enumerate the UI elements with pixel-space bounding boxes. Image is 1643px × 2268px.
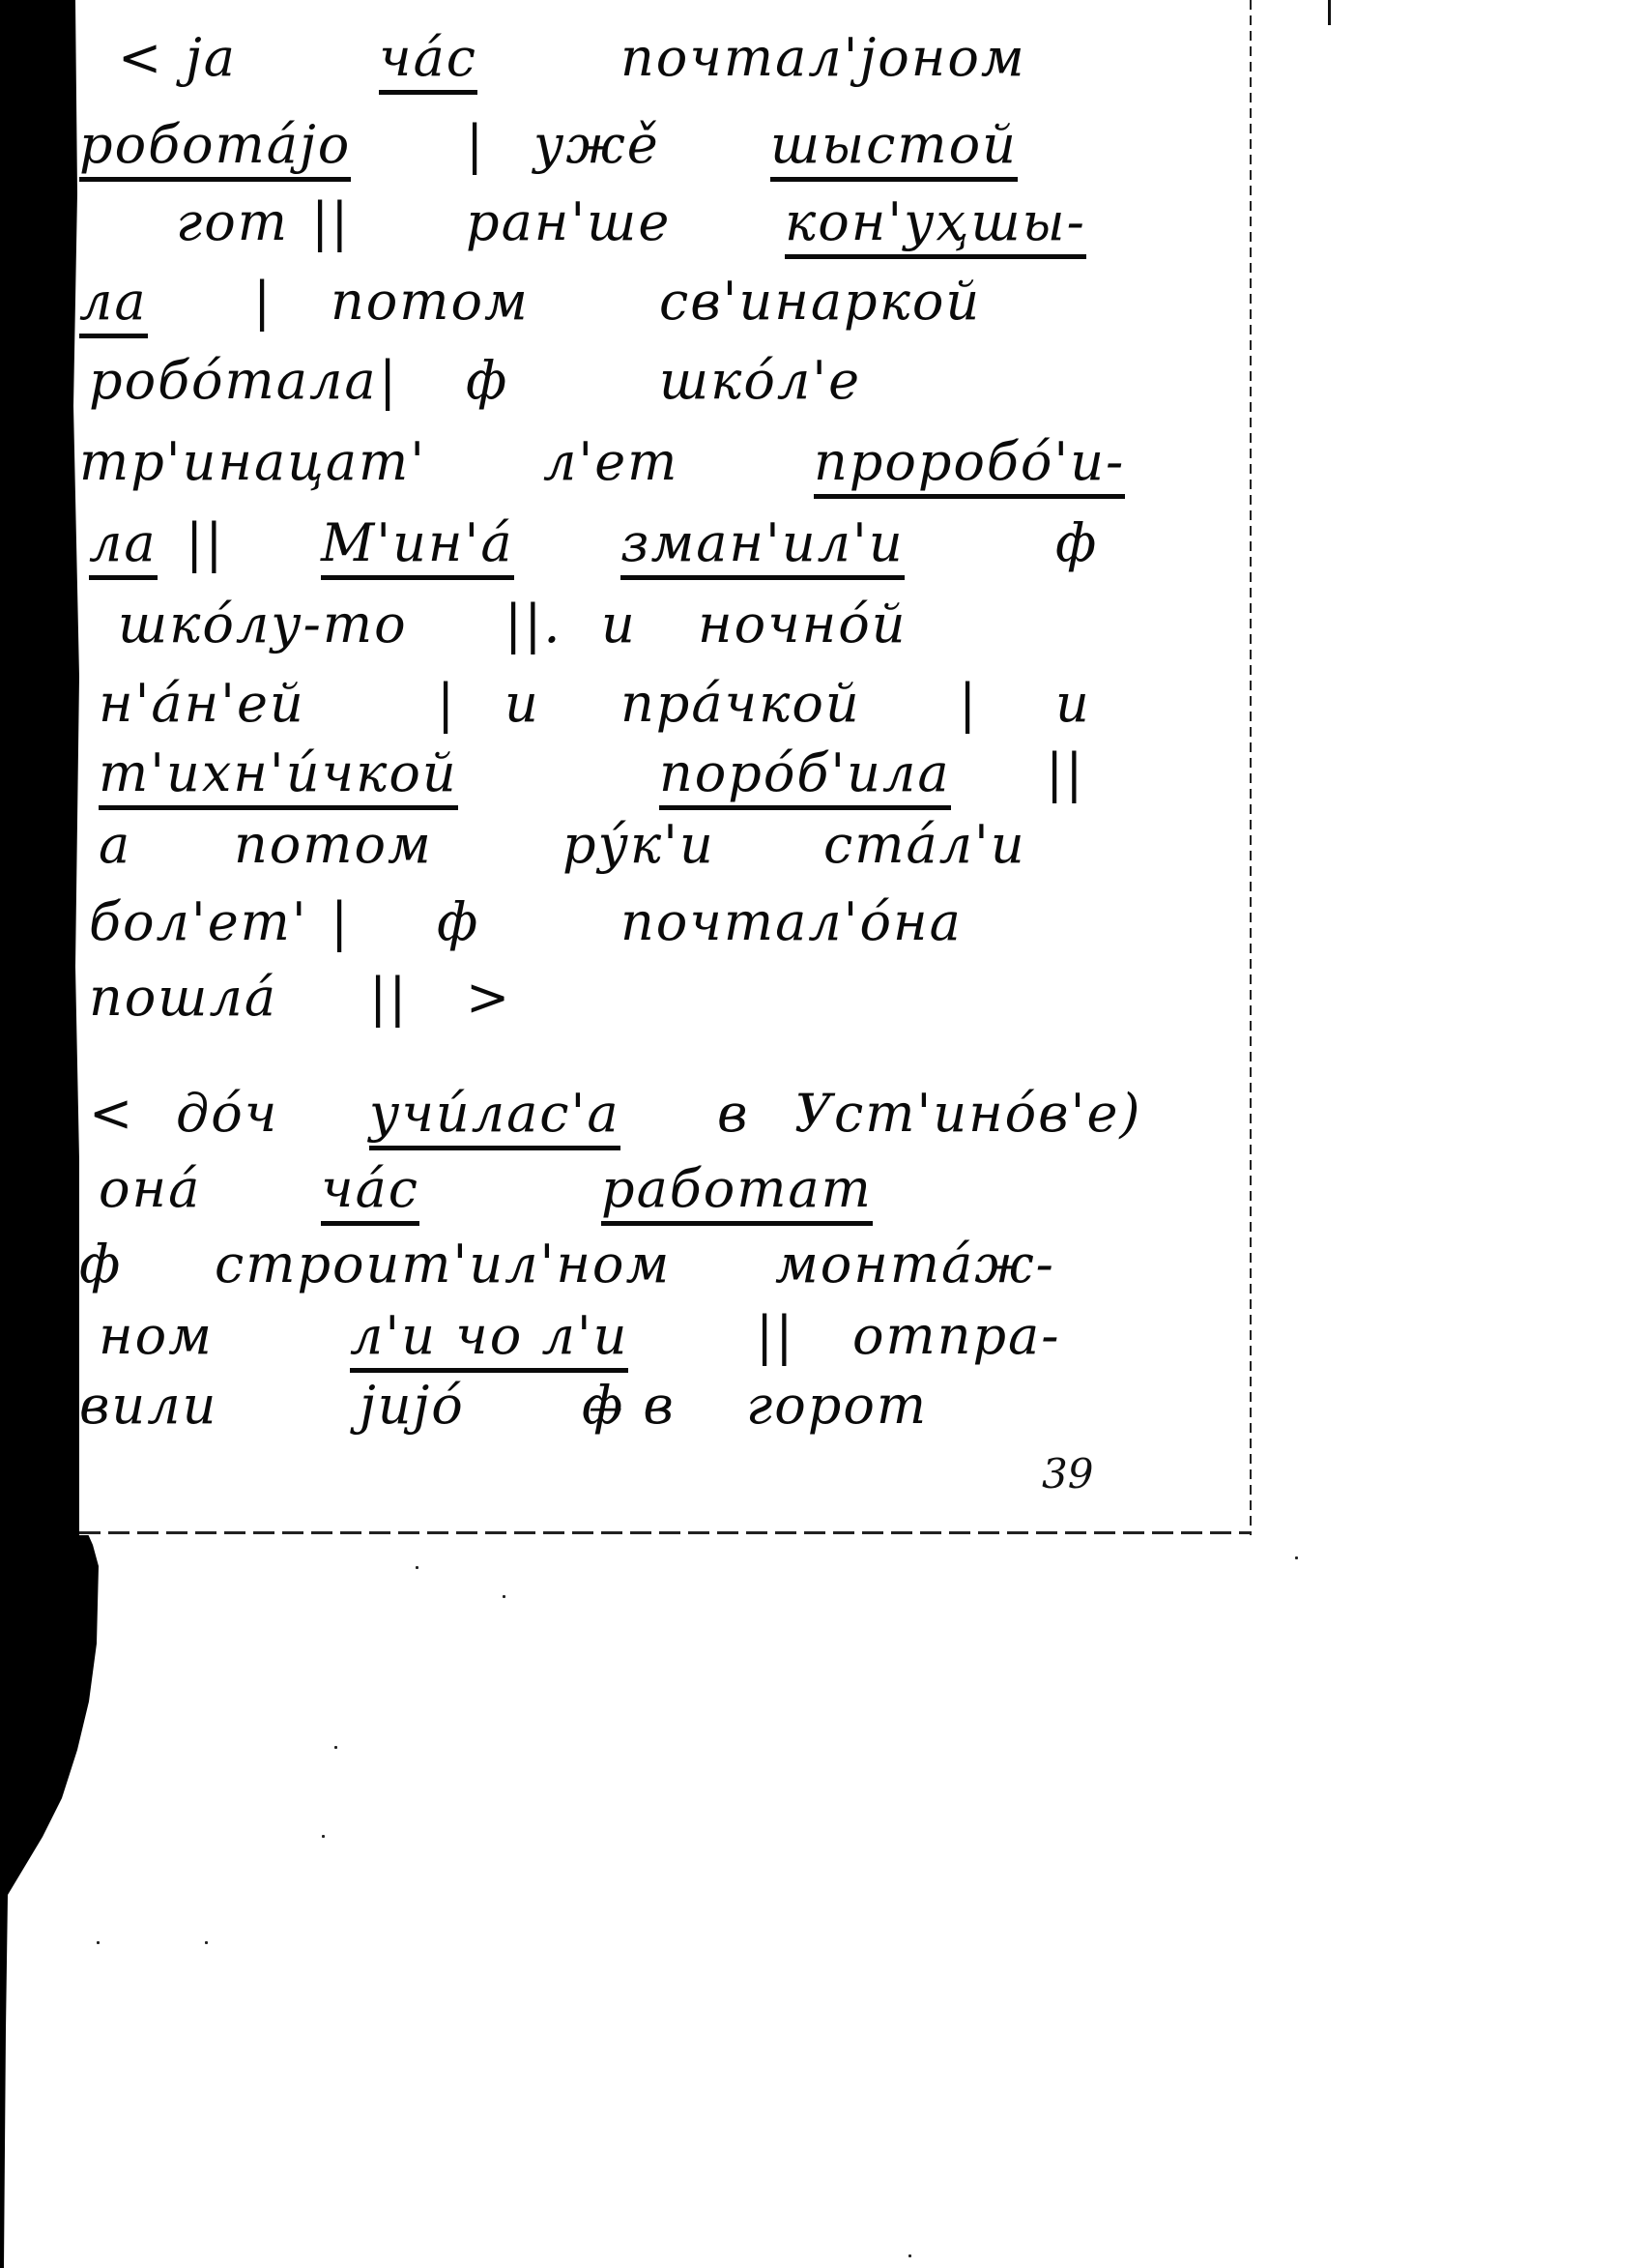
word-underlined: ла — [89, 512, 158, 580]
word: пошла́ — [89, 967, 277, 1028]
word-underlined: л'и чо л'и — [350, 1305, 628, 1373]
word: | — [331, 891, 350, 952]
word: ||. — [504, 594, 562, 654]
word-underlined: шыстой — [770, 114, 1018, 182]
text-line: < ја ча́с почтал'јоном — [79, 27, 1251, 104]
word: ф — [1055, 512, 1098, 573]
text-line: н'а́н'ей | и пра́чкой | и — [79, 673, 1251, 750]
word-underlined: М'ин'а́ — [321, 512, 514, 580]
word: ран'ше — [466, 191, 671, 252]
text-line: тр'инацат' л'ет проробо́'и- — [79, 431, 1251, 509]
document-page: < ја ча́с почтал'јоном робота́јо | уже̌ … — [79, 0, 1251, 1535]
text-line: а потом ру́к'и ста́л'и — [79, 814, 1251, 891]
scan-speck — [205, 1941, 208, 1944]
word: почтал'јоном — [620, 27, 1026, 88]
word: вили — [79, 1375, 217, 1436]
word: и — [601, 594, 637, 654]
text-line: ф строит'ил'ном монта́ж- — [79, 1234, 1251, 1311]
word-underlined: ча́с — [379, 27, 477, 95]
word-underlined: ла — [79, 271, 148, 338]
word: отпра- — [852, 1305, 1061, 1366]
scan-speck — [334, 1746, 337, 1749]
scan-speck — [97, 1941, 100, 1944]
text-line: шко́лу-то ||. и ночно́й — [79, 594, 1251, 671]
word: горот — [746, 1375, 928, 1436]
scan-speck — [503, 1595, 505, 1598]
scan-speck — [416, 1566, 418, 1569]
text-line: ла | потом св'инаркой — [79, 271, 1251, 348]
text-line: робота́јо | уже̌ шыстой — [79, 114, 1251, 191]
page-border-right — [1250, 0, 1252, 1535]
word: потом — [234, 814, 433, 875]
text-line: гот || ран'ше кон'уҳшы- — [79, 191, 1251, 269]
word: и — [504, 673, 540, 734]
word-underlined: проробо́'и- — [814, 431, 1125, 499]
word: | — [466, 114, 485, 175]
word: а — [99, 814, 131, 875]
word: до́ч — [176, 1083, 278, 1144]
word: пра́чкой — [620, 673, 861, 734]
word: ф — [79, 1234, 122, 1294]
word: | — [437, 673, 456, 734]
word: | — [379, 350, 398, 411]
text-line: бол'ет' | ф почтал'о́на — [79, 891, 1251, 969]
word-underlined: робота́јо — [79, 114, 351, 182]
page-edge-mark — [1328, 0, 1331, 25]
word-underlined: кон'уҳшы- — [785, 191, 1086, 259]
word: уже̌ — [533, 114, 660, 175]
word: || — [369, 967, 408, 1028]
word: ночно́й — [698, 594, 908, 654]
word-underlined: зман'ил'и — [620, 512, 905, 580]
word: шко́лу-то — [118, 594, 408, 654]
scan-speck — [1295, 1556, 1298, 1559]
word: тр'инацат' — [79, 431, 426, 492]
text-line: ла || М'ин'а́ зман'ил'и ф — [79, 512, 1251, 590]
word-underlined: ча́с — [321, 1158, 419, 1226]
word: Уст'ино́в'е) — [794, 1083, 1141, 1144]
word: почтал'о́на — [620, 891, 963, 952]
word: робо́тала — [89, 350, 378, 411]
word: и — [1055, 673, 1091, 734]
text-line: < до́ч учи́лас'а в Уст'ино́в'е) — [79, 1083, 1251, 1160]
word: строит'ил'ном — [215, 1234, 671, 1294]
word-underlined: учи́лас'а — [369, 1083, 620, 1150]
text-line: ном л'и чо л'и || отпра- — [79, 1305, 1251, 1382]
word: ру́к'и — [562, 814, 715, 875]
word-underlined: работат — [601, 1158, 873, 1226]
word: л'ет — [543, 431, 678, 492]
text-line: т'ихн'и́чкой поро́б'ила || — [79, 742, 1251, 820]
word: гот — [176, 191, 289, 252]
scan-speck — [908, 2254, 911, 2257]
word: св'инаркой — [659, 271, 981, 332]
text-line: она́ ча́с работат — [79, 1158, 1251, 1236]
word: ф — [437, 891, 479, 952]
word-underlined: т'ихн'и́чкой — [99, 742, 458, 810]
word: бол'ет' — [89, 891, 308, 952]
word: | — [959, 673, 978, 734]
word: || — [186, 512, 224, 573]
word: ном — [99, 1305, 214, 1366]
word: || — [756, 1305, 794, 1366]
word: ф — [466, 350, 508, 411]
word: н'а́н'ей — [99, 673, 305, 734]
word: < — [89, 1083, 134, 1144]
text-line: вили јиjо́ ф̶ в горот — [79, 1375, 1251, 1452]
word: шко́л'е — [659, 350, 861, 411]
word: јиjо́ — [360, 1375, 465, 1436]
page-number: 39 — [1042, 1450, 1093, 1497]
word: потом — [331, 271, 530, 332]
word: || — [311, 191, 350, 252]
word: она́ — [99, 1158, 201, 1219]
word: монта́ж- — [775, 1234, 1055, 1294]
scan-speck — [322, 1835, 325, 1838]
word: в — [717, 1083, 749, 1144]
word: | — [253, 271, 273, 332]
word: || — [1046, 742, 1084, 803]
word: ја — [186, 27, 237, 88]
word-underlined: поро́б'ила — [659, 742, 951, 810]
word: < — [118, 27, 163, 88]
text-line: робо́тала | ф шко́л'е — [79, 350, 1251, 427]
word: > — [466, 967, 511, 1028]
page-border-bottom — [79, 1531, 1251, 1534]
word: ф̶ в — [582, 1375, 676, 1436]
text-line: пошла́ || > — [79, 967, 1251, 1044]
word: ста́л'и — [823, 814, 1026, 875]
